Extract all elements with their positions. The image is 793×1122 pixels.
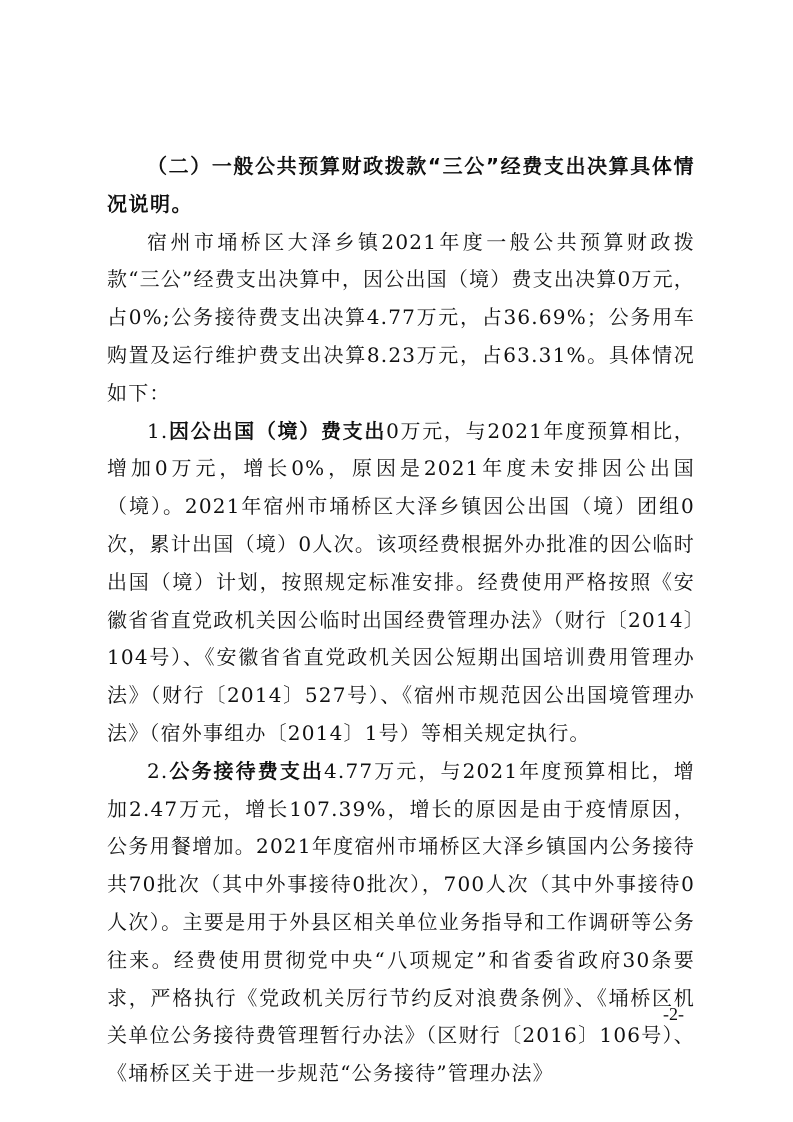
summary-paragraph: 宿州市埇桥区大泽乡镇2021年度一般公共预算财政拨款“三公”经费支出决算中，因公… bbox=[107, 224, 695, 413]
item-number: 2. bbox=[147, 759, 168, 783]
page-number: -2- bbox=[663, 1004, 684, 1025]
item-title: 公务接待费支出 bbox=[168, 759, 324, 783]
item-outbound-travel: 1.因公出国（境）费支出0万元，与2021年度预算相比，增加0万元，增长0%，原… bbox=[107, 413, 695, 753]
item-body: 0万元，与2021年度预算相比，增加0万元，增长0%，原因是2021年度未安排因… bbox=[107, 419, 695, 745]
document-page: （二）一般公共预算财政拨款“三公”经费支出决算具体情况说明。 宿州市埇桥区大泽乡… bbox=[107, 148, 695, 1093]
item-body: 4.77万元，与2021年度预算相比，增加2.47万元，增长107.39%，增长… bbox=[107, 759, 695, 1085]
item-official-reception: 2.公务接待费支出4.77万元，与2021年度预算相比，增加2.47万元，增长1… bbox=[107, 753, 695, 1093]
section-heading: （二）一般公共预算财政拨款“三公”经费支出决算具体情况说明。 bbox=[107, 148, 695, 224]
item-number: 1. bbox=[147, 419, 168, 443]
item-title: 因公出国（境）费支出 bbox=[168, 419, 386, 443]
